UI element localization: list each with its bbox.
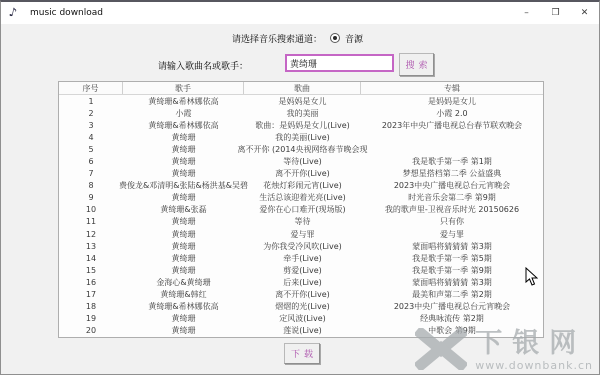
header-index[interactable]: 序号 xyxy=(59,82,123,94)
singer-cell: 黄绮珊 xyxy=(123,155,244,167)
title-bar: ♪ music download – ❒ ✕ xyxy=(1,2,599,24)
header-song[interactable]: 歌曲 xyxy=(244,82,361,94)
table-body: 1黄绮珊&希林娜依高是妈妈是女儿是妈妈是女儿2小霞我的美丽小霞 2.03黄绮珊&… xyxy=(59,95,543,337)
row-index-cell: 12 xyxy=(59,228,123,240)
query-label: 请输入歌曲名或歌手： xyxy=(158,59,248,72)
maximize-button[interactable]: ❒ xyxy=(541,2,570,24)
singer-cell: 黄绮珊 xyxy=(123,240,244,252)
album-cell: 爱与罪 xyxy=(361,228,543,240)
singer-cell: 黄绮珊&希林娜依高 xyxy=(123,119,244,131)
song-cell: 花烛灯彩闹元宵(Live) xyxy=(244,180,361,192)
album-cell: 我是歌手第一季 第1期 xyxy=(361,155,543,167)
table-row[interactable]: 8费俊龙&邓清明&张陆&杨洪基&吴碧花烛灯彩闹元宵(Live)2023中央广播电… xyxy=(59,180,543,192)
singer-cell: 黄绮珊 xyxy=(123,228,244,240)
song-cell: 爱你在心口难开(现场版) xyxy=(244,204,361,216)
table-row[interactable]: 4黄绮珊我的美丽(Live) xyxy=(59,131,543,143)
close-button[interactable]: ✕ xyxy=(570,2,599,24)
table-row[interactable]: 20黄绮珊莲说(Live)中歌会 第9期 xyxy=(59,325,543,337)
table-row[interactable]: 19黄绮珊定风波(Live)经典咏流传 第2期 xyxy=(59,313,543,325)
table-row[interactable]: 11黄绮珊等待只有你 xyxy=(59,216,543,228)
table-row[interactable]: 13黄绮珊为你我受冷风吹(Live)蒙面唱将猜猜猜 第3期 xyxy=(59,240,543,252)
song-cell: 离不开你 (2014央视网络春节晚会现 xyxy=(244,143,361,155)
row-index-cell: 10 xyxy=(59,204,123,216)
album-cell: 蒙面唱将猜猜猜 第3期 xyxy=(361,276,543,288)
album-cell: 最美和声第二季 第2期 xyxy=(361,289,543,301)
album-cell: 2023年中央广播电视总台春节联欢晚会 xyxy=(361,119,543,131)
channel-radio[interactable] xyxy=(330,33,340,43)
row-index-cell: 16 xyxy=(59,276,123,288)
song-cell: 后来(Live) xyxy=(244,276,361,288)
song-cell: 离不开你(Live) xyxy=(244,289,361,301)
singer-cell: 黄绮珊 xyxy=(123,216,244,228)
minimize-button[interactable]: – xyxy=(512,2,541,24)
album-cell: 时光音乐会第二季 第9期 xyxy=(361,192,543,204)
album-cell: 梦想星搭档第二季 公益盛典 xyxy=(361,168,543,180)
row-index-cell: 20 xyxy=(59,325,123,337)
singer-cell: 黄绮珊 xyxy=(123,131,244,143)
row-index-cell: 17 xyxy=(59,289,123,301)
music-note-icon: ♪ xyxy=(8,6,24,21)
row-index-cell: 9 xyxy=(59,192,123,204)
row-index-cell: 7 xyxy=(59,168,123,180)
singer-cell: 黄绮珊 xyxy=(123,143,244,155)
row-index-cell: 5 xyxy=(59,143,123,155)
results-table: 序号 歌手 歌曲 专辑 1黄绮珊&希林娜依高是妈妈是女儿是妈妈是女儿2小霞我的美… xyxy=(58,81,544,338)
album-cell: 小霞 2.0 xyxy=(361,107,543,119)
singer-cell: 费俊龙&邓清明&张陆&杨洪基&吴碧 xyxy=(123,180,244,192)
table-row[interactable]: 7黄绮珊离不开你(Live)梦想星搭档第二季 公益盛典 xyxy=(59,168,543,180)
table-row[interactable]: 14黄绮珊牵手(Live)我是歌手第一季 第5期 xyxy=(59,252,543,264)
album-cell xyxy=(361,131,543,143)
album-cell: 我是歌手第一季 第5期 xyxy=(361,252,543,264)
table-header: 序号 歌手 歌曲 专辑 xyxy=(59,82,543,95)
song-cell: 为你我受冷风吹(Live) xyxy=(244,240,361,252)
table-row[interactable]: 15黄绮珊剪爱(Live)我是歌手第一季 第9期 xyxy=(59,264,543,276)
singer-cell: 黄绮珊 xyxy=(123,325,244,337)
singer-cell: 黄绮珊&韩红 xyxy=(123,289,244,301)
row-index-cell: 2 xyxy=(59,107,123,119)
singer-cell: 金海心&黄绮珊 xyxy=(123,276,244,288)
table-row[interactable]: 18黄绮珊&希林娜依高熠熠的光(Live)2023中央广播电视总台元宵晚会 xyxy=(59,301,543,313)
row-index-cell: 15 xyxy=(59,264,123,276)
table-row[interactable]: 2小霞我的美丽小霞 2.0 xyxy=(59,107,543,119)
album-cell: 是妈妈是女儿 xyxy=(361,95,543,107)
header-singer[interactable]: 歌手 xyxy=(123,82,244,94)
row-index-cell: 13 xyxy=(59,240,123,252)
album-cell: 蒙面唱将猜猜猜 第3期 xyxy=(361,240,543,252)
album-cell xyxy=(361,143,543,155)
row-index-cell: 1 xyxy=(59,95,123,107)
table-row[interactable]: 17黄绮珊&韩红离不开你(Live)最美和声第二季 第2期 xyxy=(59,289,543,301)
query-input[interactable] xyxy=(285,54,394,72)
row-index-cell: 14 xyxy=(59,252,123,264)
table-row[interactable]: 3黄绮珊&希林娜依高歌曲：是妈妈是女儿(Live)2023年中央广播电视总台春节… xyxy=(59,119,543,131)
singer-cell: 黄绮珊 xyxy=(123,264,244,276)
song-cell: 定风波(Live) xyxy=(244,313,361,325)
song-cell: 莲说(Live) xyxy=(244,325,361,337)
album-cell: 我是歌手第一季 第9期 xyxy=(361,264,543,276)
row-index-cell: 3 xyxy=(59,119,123,131)
album-cell: 我的歌声里-卫视音乐时光 20150626 xyxy=(361,204,543,216)
song-cell: 等待(Live) xyxy=(244,155,361,167)
row-index-cell: 8 xyxy=(59,180,123,192)
song-cell: 等待 xyxy=(244,216,361,228)
singer-cell: 黄绮珊&希林娜依高 xyxy=(123,95,244,107)
search-button[interactable]: 搜索 xyxy=(399,53,434,76)
table-row[interactable]: 9黄绮珊生活总该迎着光亮(Live)时光音乐会第二季 第9期 xyxy=(59,192,543,204)
singer-cell: 小霞 xyxy=(123,107,244,119)
row-index-cell: 4 xyxy=(59,131,123,143)
row-index-cell: 6 xyxy=(59,155,123,167)
table-row[interactable]: 5黄绮珊离不开你 (2014央视网络春节晚会现 xyxy=(59,143,543,155)
album-cell: 中歌会 第9期 xyxy=(361,325,543,337)
song-cell: 我的美丽(Live) xyxy=(244,131,361,143)
album-cell: 2023中央广播电视总台元宵晚会 xyxy=(361,180,543,192)
table-row[interactable]: 1黄绮珊&希林娜依高是妈妈是女儿是妈妈是女儿 xyxy=(59,95,543,107)
singer-cell: 黄绮珊&张磊 xyxy=(123,204,244,216)
row-index-cell: 18 xyxy=(59,301,123,313)
header-album[interactable]: 专辑 xyxy=(361,82,543,94)
app-window: ♪ music download – ❒ ✕ 请选择音乐搜索通道： 音源 请输入… xyxy=(0,0,600,375)
singer-cell: 黄绮珊 xyxy=(123,313,244,325)
song-cell: 生活总该迎着光亮(Live) xyxy=(244,192,361,204)
song-cell: 牵手(Live) xyxy=(244,252,361,264)
song-cell: 是妈妈是女儿 xyxy=(244,95,361,107)
channel-label: 请选择音乐搜索通道： xyxy=(232,32,322,45)
song-cell: 爱与罪 xyxy=(244,228,361,240)
table-row[interactable]: 6黄绮珊等待(Live)我是歌手第一季 第1期 xyxy=(59,155,543,167)
song-cell: 我的美丽 xyxy=(244,107,361,119)
singer-cell: 黄绮珊 xyxy=(123,252,244,264)
watermark-url: www.downbank.cn xyxy=(475,359,593,372)
singer-cell: 黄绮珊 xyxy=(123,192,244,204)
album-cell: 2023中央广播电视总台元宵晚会 xyxy=(361,301,543,313)
window-controls: – ❒ ✕ xyxy=(512,2,599,24)
window-title: music download xyxy=(30,8,103,18)
table-row[interactable]: 16金海心&黄绮珊后来(Live)蒙面唱将猜猜猜 第3期 xyxy=(59,276,543,288)
table-row[interactable]: 10黄绮珊&张磊爱你在心口难开(现场版)我的歌声里-卫视音乐时光 2015062… xyxy=(59,204,543,216)
mouse-cursor xyxy=(525,267,538,286)
song-cell: 熠熠的光(Live) xyxy=(244,301,361,313)
singer-cell: 黄绮珊&希林娜依高 xyxy=(123,301,244,313)
song-cell: 离不开你(Live) xyxy=(244,168,361,180)
channel-option-label[interactable]: 音源 xyxy=(345,32,363,45)
song-cell: 歌曲：是妈妈是女儿(Live) xyxy=(244,119,361,131)
radio-dot-icon xyxy=(333,36,337,40)
download-button[interactable]: 下载 xyxy=(284,343,320,364)
row-index-cell: 11 xyxy=(59,216,123,228)
album-cell: 经典咏流传 第2期 xyxy=(361,313,543,325)
album-cell: 只有你 xyxy=(361,216,543,228)
table-row[interactable]: 12黄绮珊爱与罪爱与罪 xyxy=(59,228,543,240)
row-index-cell: 19 xyxy=(59,313,123,325)
song-cell: 剪爱(Live) xyxy=(244,264,361,276)
singer-cell: 黄绮珊 xyxy=(123,168,244,180)
